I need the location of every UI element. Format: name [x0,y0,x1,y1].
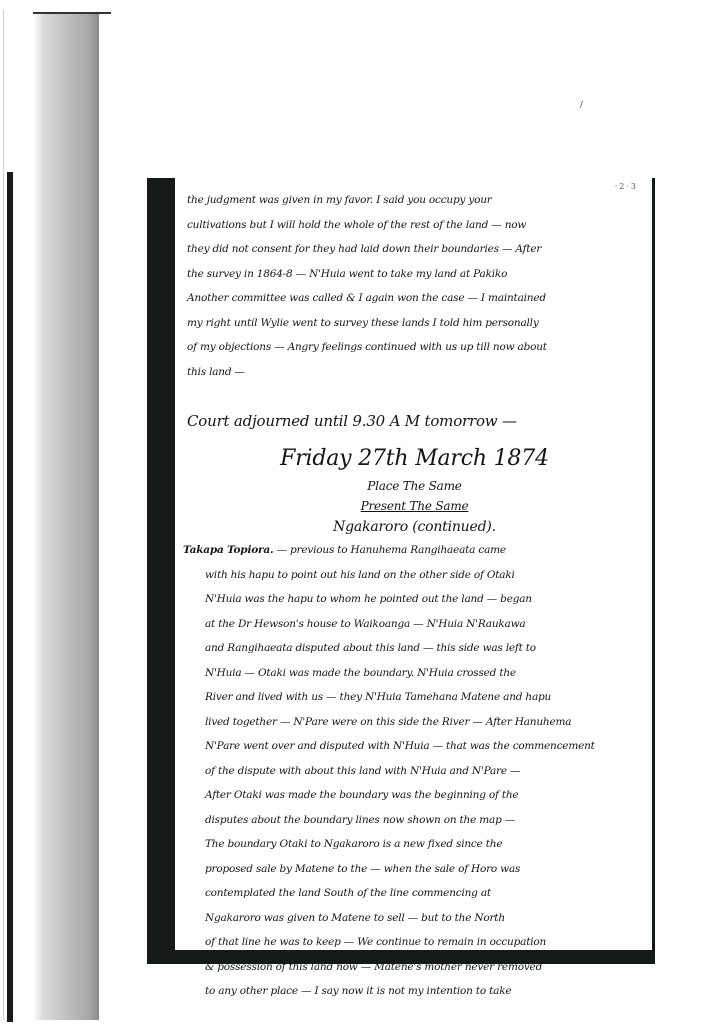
text-line: the survey in 1864-8 — N'Huia went to ta… [183,262,646,287]
text-line: lived together — N'Pare were on this sid… [183,710,646,735]
manuscript-page: ·2·3 the judgment was given in my favor.… [147,178,655,964]
text-line: Another committee was called & I again w… [183,286,646,311]
text-line: my right until Wylie went to survey thes… [183,311,646,336]
text-line: N'Huia — Otaki was made the boundary. N'… [183,661,646,686]
text-line: N'Pare went over and disputed with N'Hui… [183,734,646,759]
text-line: of my objections — Angry feelings contin… [183,335,646,360]
scan-shadow-bar [7,172,13,1022]
text-line: at the Dr Hewson's house to Waikoanga — … [183,612,646,637]
text-line: and Rangihaeata disputed about this land… [183,636,646,661]
text-line: this land — [183,360,646,385]
scan-edge-line [3,10,4,1020]
book-binding-strip [33,12,99,1020]
present-line: Present The Same [183,496,646,516]
text-line: N'Huia was the hapu to whom he pointed o… [183,587,646,612]
text-line: Ngakaroro was given to Matene to sell — … [183,906,646,931]
text-line: of that line he was to keep — We continu… [183,930,646,955]
text-line: contemplated the land South of the line … [183,881,646,906]
text-line: — previous to Hanuhema Rangihaeata came [277,544,506,556]
text-line: they did not consent for they had laid d… [183,237,646,262]
text-line: of the dispute with about this land with… [183,759,646,784]
speaker-name: Takapa Topiora. [183,544,273,556]
text-line: proposed sale by Matene to the — when th… [183,857,646,882]
text-line: disputes about the boundary lines now sh… [183,808,646,833]
text-line: to any other place — I say now it is not… [183,979,646,1004]
text-line: with his hapu to point out his land on t… [183,563,646,588]
court-adjourned-note: Court adjourned until 9.30 A M tomorrow … [183,406,646,436]
manuscript-content: ·2·3 the judgment was given in my favor.… [183,188,646,944]
text-line: After Otaki was made the boundary was th… [183,783,646,808]
binding-top-edge [33,12,111,14]
paragraph-testimony: Takapa Topiora. — previous to Hanuhema R… [183,538,646,1004]
text-line: River and lived with us — they N'Huia Ta… [183,685,646,710]
place-line: Place The Same [183,476,646,496]
paragraph-testimony-continued: the judgment was given in my favor. I sa… [183,188,646,384]
folio-mark: ·2·3 [615,182,638,191]
text-line: the judgment was given in my favor. I sa… [183,188,646,213]
date-heading: Friday 27th March 1874 [183,442,646,476]
case-title: Ngakaroro (continued). [183,516,646,538]
text-line: & possession of this land now — Matene's… [183,955,646,980]
stray-mark: / [580,100,583,109]
text-line: cultivations but I will hold the whole o… [183,213,646,238]
text-line: The boundary Otaki to Ngakaroro is a new… [183,832,646,857]
